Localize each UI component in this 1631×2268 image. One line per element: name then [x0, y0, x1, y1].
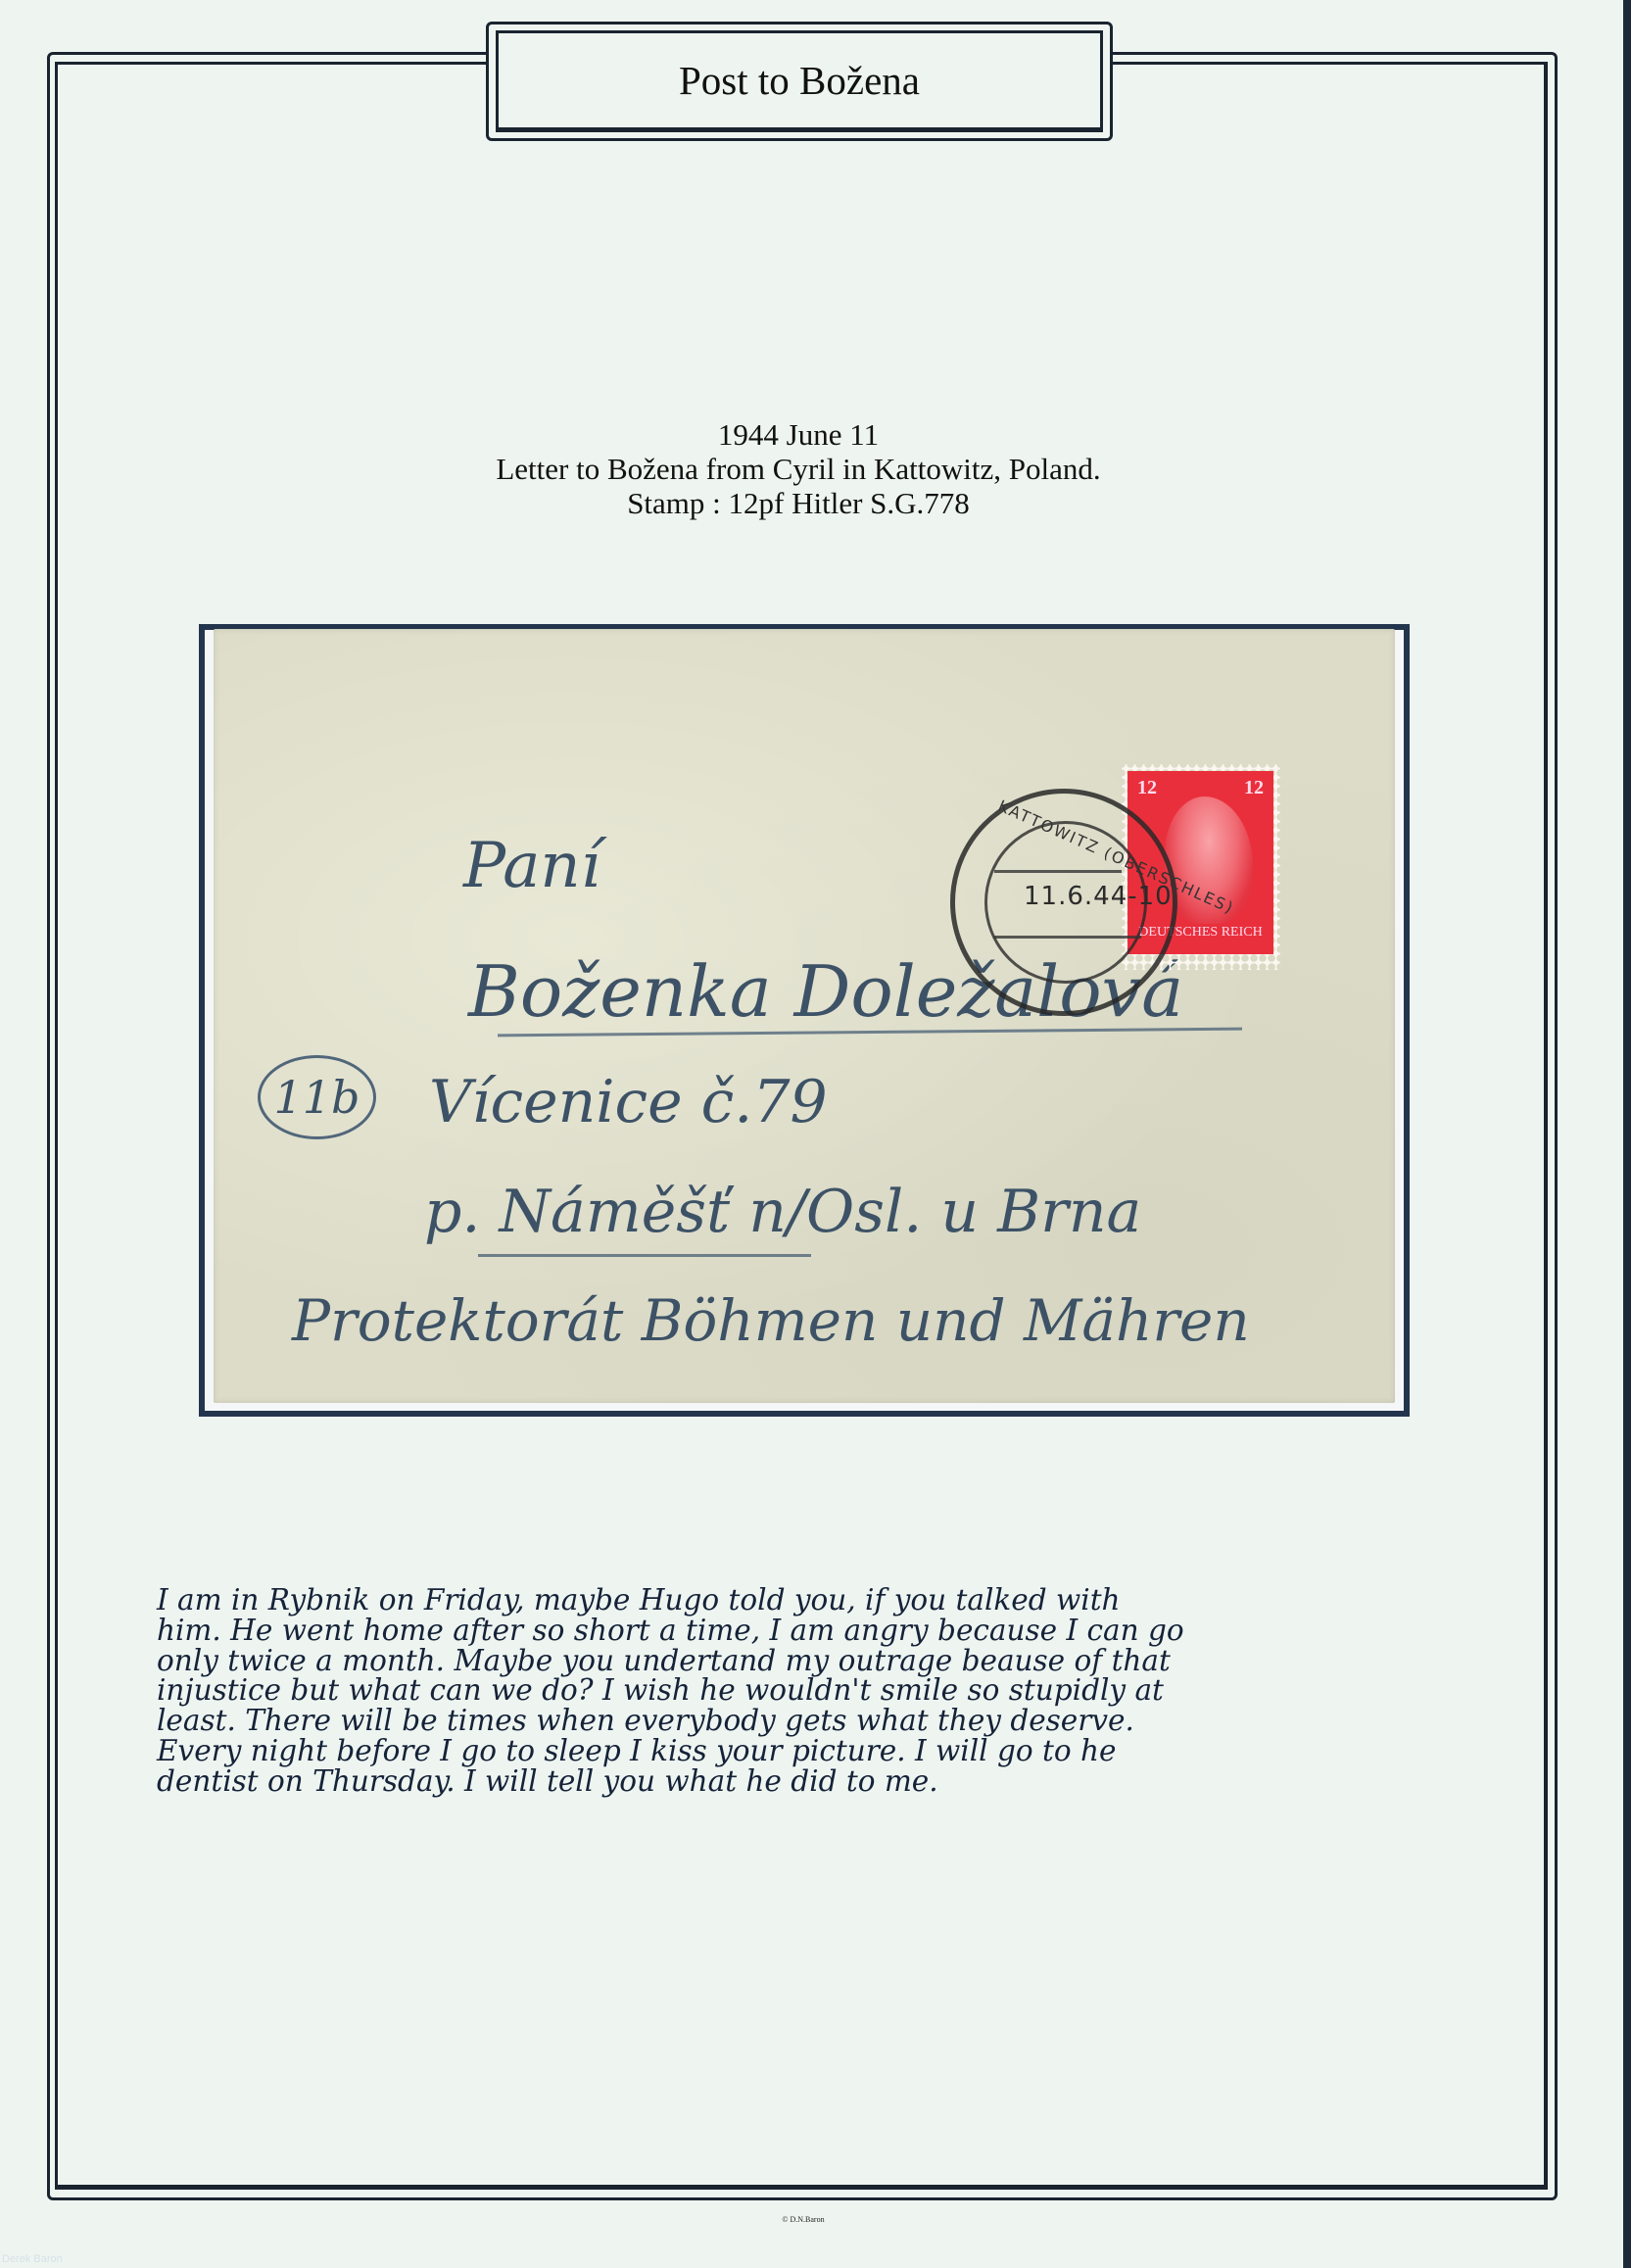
- transcript-line: Every night before I go to sleep I kiss …: [157, 1736, 1469, 1766]
- address-ref-mark: 11b: [258, 1055, 376, 1139]
- caption-date: 1944 June 11: [0, 417, 1597, 452]
- address-region: Protektorát Böhmen und Mähren: [292, 1287, 1250, 1354]
- letter-transcript: I am in Rybnik on Friday, maybe Hugo tol…: [157, 1585, 1469, 1797]
- transcript-line: only twice a month. Maybe you undertand …: [157, 1646, 1469, 1676]
- postmark-date: 11.6.44-10: [1024, 882, 1173, 911]
- caption-stamp-info: Stamp : 12pf Hitler S.G.778: [0, 486, 1597, 520]
- postmark-bar-bottom: [994, 936, 1141, 939]
- address-town: p. Náměšť n/Osl. u Brna: [424, 1178, 1141, 1246]
- title-box-inner: Post to Božena: [496, 30, 1103, 132]
- address-street: Vícenice č.79: [429, 1068, 828, 1136]
- caption-description: Letter to Božena from Cyril in Kattowitz…: [0, 452, 1597, 486]
- town-underline: [478, 1254, 811, 1257]
- caption: 1944 June 11 Letter to Božena from Cyril…: [0, 417, 1597, 520]
- transcript-line: injustice but what can we do? I wish he …: [157, 1675, 1469, 1706]
- stamp-value-left: 12: [1137, 777, 1157, 799]
- stamp-value-right: 12: [1244, 777, 1264, 799]
- address-salutation: Paní: [463, 830, 600, 902]
- transcript-line: I am in Rybnik on Friday, maybe Hugo tol…: [157, 1585, 1469, 1616]
- transcript-line: least. There will be times when everybod…: [157, 1706, 1469, 1736]
- transcript-line: dentist on Thursday. I will tell you wha…: [157, 1766, 1469, 1797]
- envelope: Paní Boženka Doležalová 11b Vícenice č.7…: [214, 629, 1395, 1403]
- page-title: Post to Božena: [679, 57, 920, 104]
- postmark-bar-top: [994, 870, 1122, 873]
- copyright: © D.N.Baron: [0, 2215, 1607, 2224]
- transcript-line: him. He went home after so short a time,…: [157, 1616, 1469, 1646]
- watermark: Derek Baron: [2, 2253, 63, 2265]
- scan-edge: [1623, 0, 1631, 2268]
